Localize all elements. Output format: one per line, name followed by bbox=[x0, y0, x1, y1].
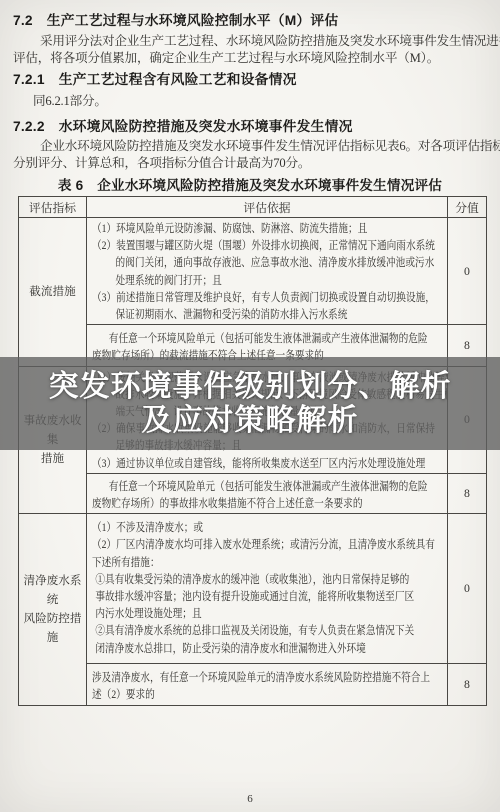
score-cell: 0 bbox=[448, 514, 487, 664]
table-row: 截流措施 （1）环境风险单元设防渗漏、防腐蚀、防淋溶、防流失措施；且 （2）装置… bbox=[19, 218, 487, 325]
paragraph-line: 评估，将各项分值累加，确定企业生产工艺过程与水环境风险控制水平（M）。 bbox=[13, 50, 497, 67]
basis-line: （2）装置围堰与罐区防火堤（围堰）外设排水切换阀，正常情况下通向雨水系统 bbox=[92, 238, 448, 255]
section-title: 生产工艺过程含有风险工艺和设备情况 bbox=[59, 72, 297, 87]
basis-line: 内污水处理设施处理；且 bbox=[92, 606, 448, 623]
indicator-cell: 清净废水系统 风险防控措施 bbox=[19, 514, 87, 705]
section-heading-7-2: 7.2生产工艺过程与水环境风险控制水平（M）评估 bbox=[13, 9, 338, 29]
indicator-label: 风险防控措施 bbox=[19, 609, 86, 647]
section-title: 生产工艺过程与水环境风险控制水平（M）评估 bbox=[47, 13, 339, 28]
basis-line: 涉及清净废水，有任意一个环境风险单元的清净废水系统风险防控措施不符合上 bbox=[92, 670, 448, 687]
basis-line: 废物贮存场所）的事故排水收集措施不符合上述任意一条要求的 bbox=[92, 496, 448, 513]
section-heading-7-2-2: 7.2.2水环境风险防控措施及突发水环境事件发生情况 bbox=[13, 115, 353, 135]
paragraph-7-2-2: 企业水环境风险防控措施及突发水环境事件发生情况评估指标见表6。对各项评估指标 分… bbox=[13, 138, 497, 171]
section-title: 水环境风险防控措施及突发水环境事件发生情况 bbox=[59, 119, 353, 134]
table-row: 有任意一个环境风险单元（包括可能发生液体泄漏或产生液体泄漏物的危险 废物贮存场所… bbox=[19, 473, 487, 513]
section-number: 7.2 bbox=[13, 13, 33, 28]
column-header-indicator: 评估指标 bbox=[19, 197, 87, 218]
watermark-banner: 突发环境事件级别划分、解析 及应对策略解析 bbox=[0, 357, 500, 450]
basis-line: 事故排水缓冲容量；池内设有提升设施或通过自流，能将所收集物送至厂区 bbox=[92, 589, 448, 606]
table-row: 清净废水系统 风险防控措施 （1）不涉及清净废水；或 （2）厂区内清净废水均可排… bbox=[19, 514, 487, 664]
table-caption: 表 6 企业水环境风险防控措施及突发水环境事件发生情况评估 bbox=[0, 174, 500, 194]
score-cell: 0 bbox=[448, 218, 487, 325]
paragraph-line: 分别评分、计算总和，各项指标分值合计最高为70分。 bbox=[13, 155, 497, 172]
table-header-row: 评估指标 评估依据 分值 bbox=[19, 197, 487, 218]
basis-line: （1）环境风险单元设防渗漏、防腐蚀、防淋溶、防流失措施；且 bbox=[92, 221, 448, 238]
basis-line: ①具有收集受污染的清净废水的缓冲池（或收集池），池内日常保持足够的 bbox=[92, 572, 448, 589]
basis-line: （2）厂区内清净废水均可排入废水处理系统；或清污分流，且清净废水系统具有 bbox=[92, 537, 448, 554]
document-page: 7.2生产工艺过程与水环境风险控制水平（M）评估 采用评分法对企业生产工艺过程、… bbox=[0, 0, 500, 812]
basis-cell: （1）环境风险单元设防渗漏、防腐蚀、防淋溶、防流失措施；且 （2）装置围堰与罐区… bbox=[87, 218, 448, 325]
basis-line: （1）不涉及清净废水；或 bbox=[92, 520, 448, 537]
paragraph-line: 企业水环境风险防控措施及突发水环境事件发生情况评估指标见表6。对各项评估指标 bbox=[13, 138, 497, 155]
section-number: 7.2.2 bbox=[13, 119, 45, 134]
basis-line: 下述所有措施： bbox=[92, 555, 448, 572]
table-row: 涉及清净废水，有任意一个环境风险单元的清净废水系统风险防控措施不符合上 述（2）… bbox=[19, 664, 487, 705]
basis-line: 闭清净废水总排口，防止受污染的清净废水和泄漏物进入外环境 bbox=[92, 641, 448, 658]
basis-line: （3）通过协议单位或自建管线，能将所收集废水送至厂区内污水处理设施处理 bbox=[92, 456, 448, 473]
banner-text-line-1: 突发环境事件级别划分、解析 bbox=[49, 370, 452, 403]
score-cell: 8 bbox=[448, 473, 487, 513]
paragraph-line: 采用评分法对企业生产工艺过程、水环境风险防控措施及突发水环境事件发生情况进行 bbox=[13, 33, 497, 50]
paragraph-line: 同6.2.1部分。 bbox=[33, 93, 107, 110]
paragraph-7-2: 采用评分法对企业生产工艺过程、水环境风险防控措施及突发水环境事件发生情况进行 评… bbox=[13, 33, 497, 66]
indicator-cell: 截流措施 bbox=[19, 218, 87, 367]
basis-line: 处理系统的阀门打开；且 bbox=[92, 273, 448, 290]
basis-cell: 涉及清净废水，有任意一个环境风险单元的清净废水系统风险防控措施不符合上 述（2）… bbox=[87, 664, 448, 705]
section-heading-7-2-1: 7.2.1生产工艺过程含有风险工艺和设备情况 bbox=[13, 68, 297, 88]
basis-line: ②具有清净废水系统的总排口监视及关闭设施，有专人负责在紧急情况下关 bbox=[92, 623, 448, 640]
indicator-label: 清净废水系统 bbox=[19, 571, 86, 609]
basis-line: 有任意一个环境风险单元（包括可能发生液体泄漏或产生液体泄漏物的危险 bbox=[92, 331, 448, 348]
page-number: 6 bbox=[0, 793, 500, 805]
basis-cell: 有任意一个环境风险单元（包括可能发生液体泄漏或产生液体泄漏物的危险 废物贮存场所… bbox=[87, 473, 448, 513]
column-header-basis: 评估依据 bbox=[87, 197, 448, 218]
indicator-label: 截流措施 bbox=[19, 282, 86, 301]
basis-line: （3）前述措施日常管理及维护良好，有专人负责阀门切换或设置自动切换设施， bbox=[92, 290, 448, 307]
basis-line: 保证初期雨水、泄漏物和受污染的消防水排入污水系统 bbox=[92, 307, 448, 324]
basis-line: 有任意一个环境风险单元（包括可能发生液体泄漏或产生液体泄漏物的危险 bbox=[92, 479, 448, 496]
indicator-label: 措施 bbox=[19, 449, 86, 468]
section-number: 7.2.1 bbox=[13, 72, 45, 87]
basis-cell: （1）不涉及清净废水；或 （2）厂区内清净废水均可排入废水处理系统；或清污分流，… bbox=[87, 514, 448, 664]
basis-line: 述（2）要求的 bbox=[92, 687, 448, 704]
banner-text-line-2: 及应对策略解析 bbox=[142, 404, 359, 437]
score-cell: 8 bbox=[448, 664, 487, 705]
basis-line: 的阀门关闭，通向事故存液池、应急事故水池、清净废水排放缓冲池或污水 bbox=[92, 255, 448, 272]
column-header-score: 分值 bbox=[448, 197, 487, 218]
risk-assessment-table: 评估指标 评估依据 分值 截流措施 （1）环境风险单元设防渗漏、防腐蚀、防淋溶、… bbox=[18, 196, 487, 706]
paragraph-7-2-1: 同6.2.1部分。 bbox=[33, 93, 107, 110]
